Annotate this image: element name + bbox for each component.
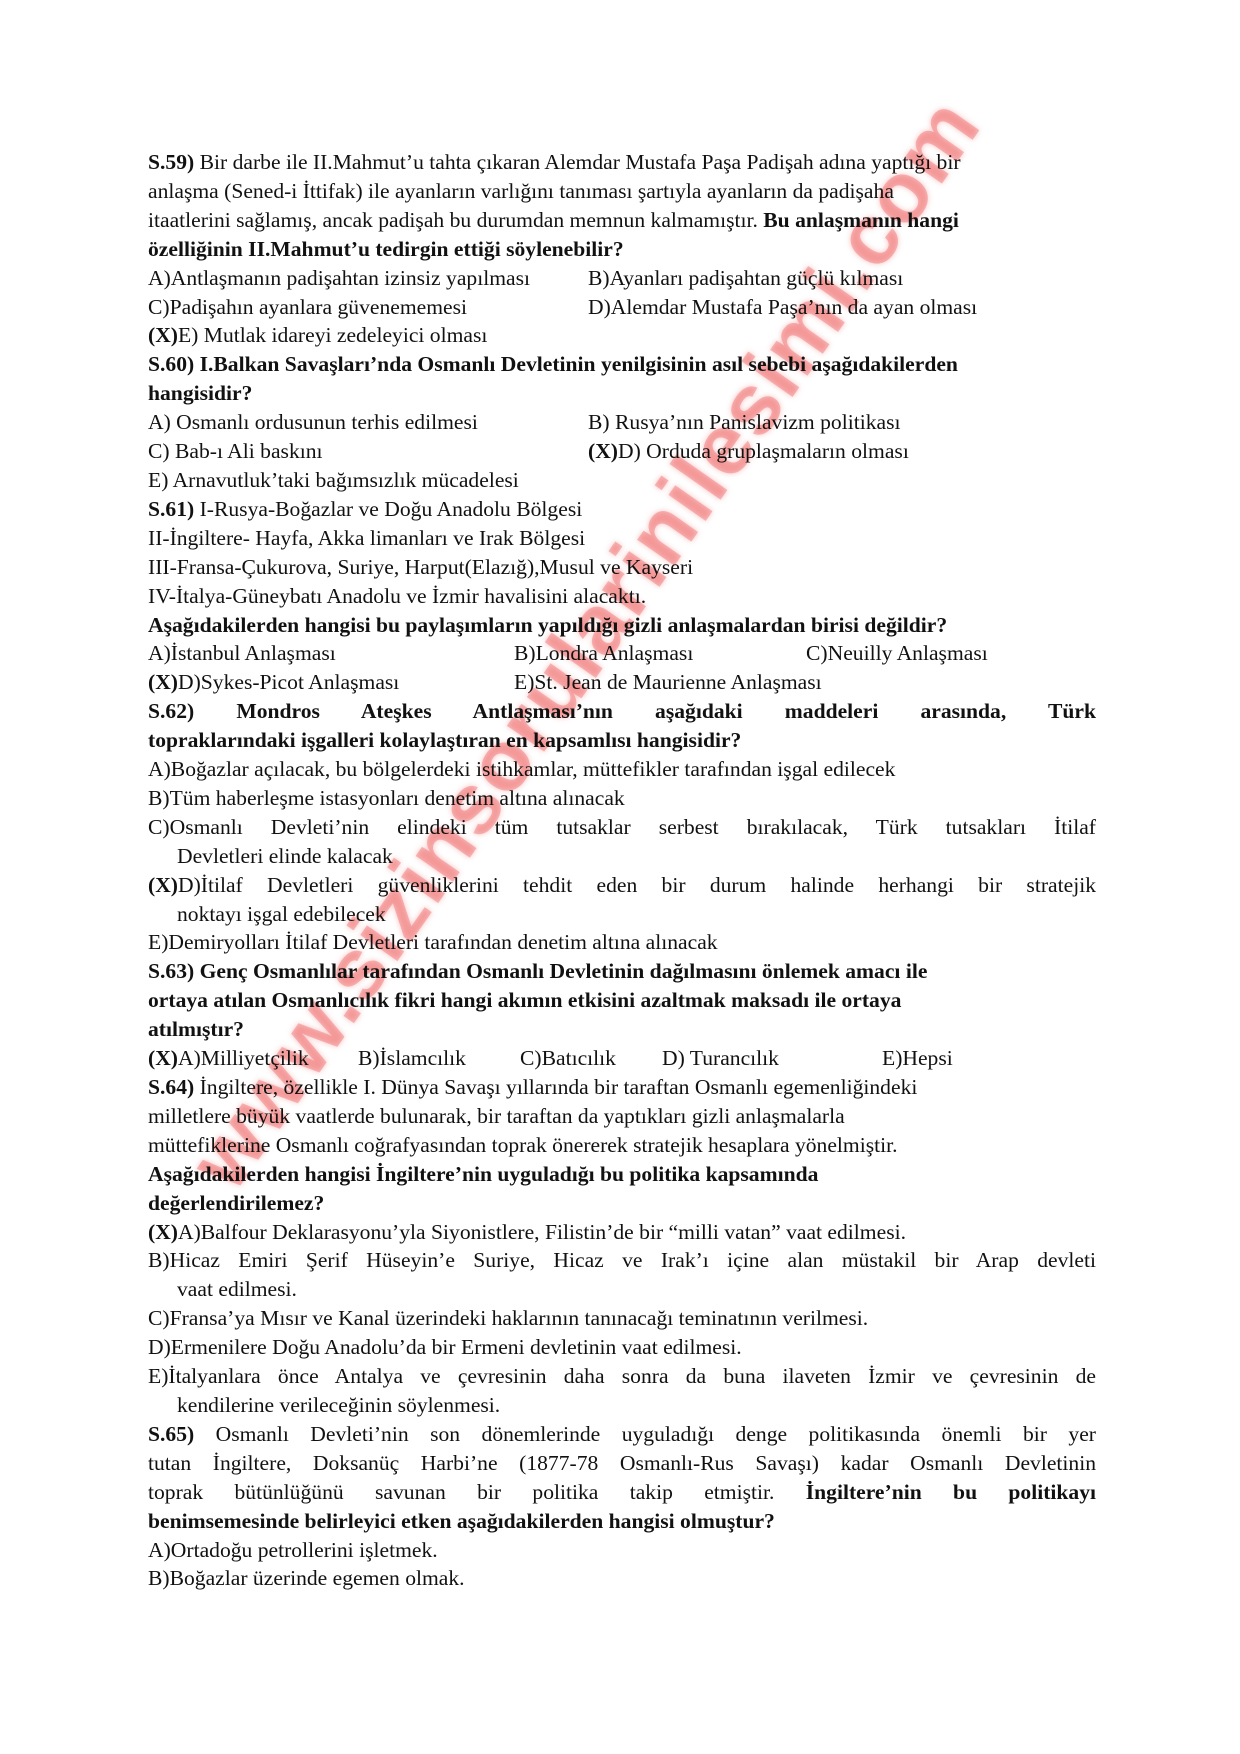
question-60: S.60) I.Balkan Savaşları’nda Osmanlı Dev… xyxy=(148,350,1096,495)
answer-mark: (X) xyxy=(148,670,178,694)
question-64: S.64) İngiltere, özellikle I. Dünya Sava… xyxy=(148,1073,1096,1420)
option-a: A)Ortadoğu petrollerini işletmek. xyxy=(148,1536,1096,1565)
option-c: C)Batıcılık xyxy=(520,1044,662,1073)
option-b: B)İslamcılık xyxy=(358,1044,520,1073)
option-b: B)Hicaz Emiri Şerif Hüseyin’e Suriye, Hi… xyxy=(148,1246,1096,1275)
option-c: C)Osmanlı Devleti’nin elindeki tüm tutsa… xyxy=(148,813,1096,842)
option-b: B)Tüm haberleşme istasyonları denetim al… xyxy=(148,784,1096,813)
answer-mark: (X) xyxy=(148,1046,178,1070)
option-d: D) Turancılık xyxy=(662,1044,882,1073)
option-d: D) Orduda gruplaşmaların olması xyxy=(618,439,909,463)
option-b: B)Londra Anlaşması xyxy=(514,639,806,668)
question-page: S.59) Bir darbe ile II.Mahmut’u tahta çı… xyxy=(148,148,1096,1593)
option-e: E)Demiryolları İtilaf Devletleri tarafın… xyxy=(148,928,1096,957)
option-a: A)Antlaşmanın padişahtan izinsiz yapılma… xyxy=(148,264,588,293)
option-e: E)Hepsi xyxy=(882,1044,953,1073)
option-a: A)Boğazlar açılacak, bu bölgelerdeki ist… xyxy=(148,755,1096,784)
option-a: A)Milliyetçilik xyxy=(178,1046,309,1070)
question-61: S.61) I-Rusya-Boğazlar ve Doğu Anadolu B… xyxy=(148,495,1096,697)
option-a: A)Balfour Deklarasyonu’yla Siyonistlere,… xyxy=(178,1220,906,1244)
question-63: S.63) Genç Osmanlılar tarafından Osmanlı… xyxy=(148,957,1096,1073)
question-number: S.59) xyxy=(148,150,194,174)
option-c: C)Neuilly Anlaşması xyxy=(806,639,988,668)
option-a: A) Osmanlı ordusunun terhis edilmesi xyxy=(148,408,588,437)
answer-mark: (X) xyxy=(148,873,178,897)
option-e: E) Arnavutluk’taki bağımsızlık mücadeles… xyxy=(148,466,1096,495)
option-d: D)Sykes-Picot Anlaşması xyxy=(178,670,399,694)
option-d: D)Alemdar Mustafa Paşa’nın da ayan olmas… xyxy=(588,293,977,322)
option-b: B) Rusya’nın Panislavizm politikası xyxy=(588,408,901,437)
answer-mark: (X) xyxy=(588,439,618,463)
question-59: S.59) Bir darbe ile II.Mahmut’u tahta çı… xyxy=(148,148,1096,350)
answer-mark: (X) xyxy=(148,1220,178,1244)
question-65: S.65) Osmanlı Devleti’nin son dönemlerin… xyxy=(148,1420,1096,1593)
option-a: A)İstanbul Anlaşması xyxy=(148,639,514,668)
answer-mark: (X) xyxy=(148,323,178,347)
option-e: E)St. Jean de Maurienne Anlaşması xyxy=(514,668,822,697)
option-d: D)İtilaf Devletleri güvenliklerini tehdi… xyxy=(178,873,1096,897)
option-b: B)Boğazlar üzerinde egemen olmak. xyxy=(148,1564,1096,1593)
option-e: E) Mutlak idareyi zedeleyici olması xyxy=(178,323,487,347)
option-c: C)Fransa’ya Mısır ve Kanal üzerindeki ha… xyxy=(148,1304,1096,1333)
option-c: C) Bab-ı Ali baskını xyxy=(148,437,588,466)
option-c: C)Padişahın ayanlara güvenememesi xyxy=(148,293,588,322)
option-d: D)Ermenilere Doğu Anadolu’da bir Ermeni … xyxy=(148,1333,1096,1362)
option-b: B)Ayanları padişahtan güçlü kılması xyxy=(588,264,903,293)
option-e: E)İtalyanlara önce Antalya ve çevresinin… xyxy=(148,1362,1096,1391)
question-62: S.62) Mondros Ateşkes Antlaşması’nın aşa… xyxy=(148,697,1096,957)
